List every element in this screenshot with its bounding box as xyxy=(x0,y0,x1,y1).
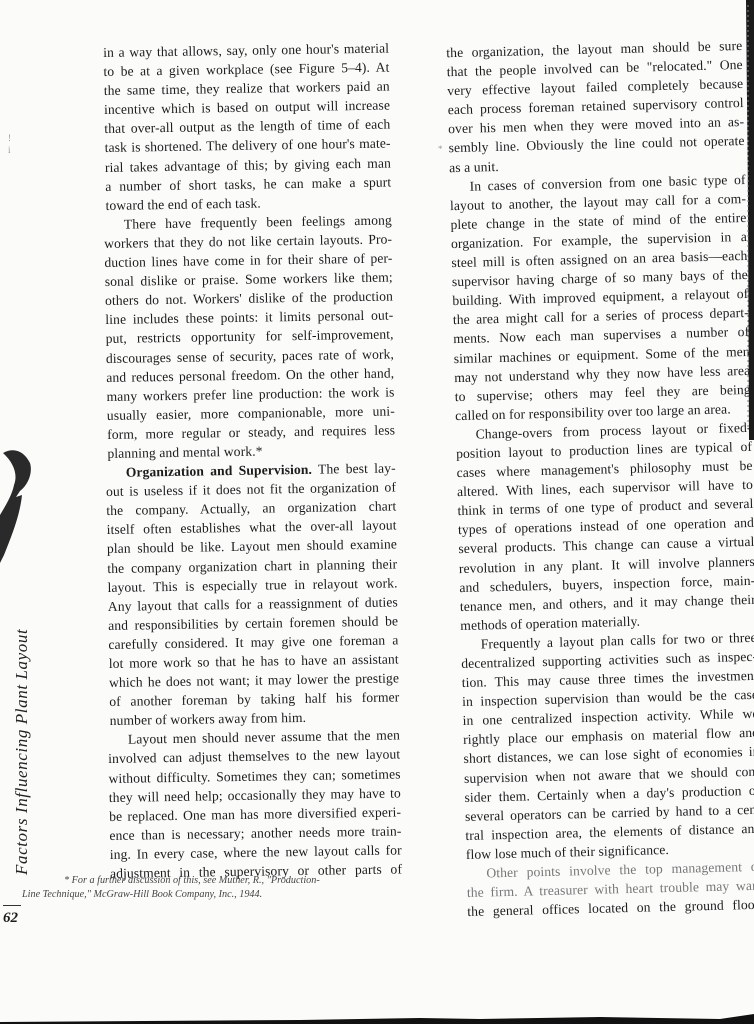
paragraph-material-delivery: in a way that allows, say, only one hour… xyxy=(103,39,392,215)
scan-bottom-edge xyxy=(0,1014,754,1024)
right-text-column: the organization, the layout man should … xyxy=(446,36,754,921)
running-head: Factors Influencing Plant Layout xyxy=(12,629,32,875)
paragraph-conversion: In cases of conversion from one basic ty… xyxy=(449,170,751,425)
scan-ink-blot xyxy=(0,445,34,565)
page-number-rule xyxy=(3,905,21,906)
footnote: * For a further discussion of this, see … xyxy=(22,874,352,902)
paragraph-organization-supervision: Organization and Supervision. The best l… xyxy=(106,459,400,731)
footnote-line: Line Technique," McGraw-Hill Book Compan… xyxy=(22,889,262,900)
footnote-line: * For a further discussion of this, see … xyxy=(22,874,352,888)
page-number: 62 xyxy=(3,910,18,927)
scan-speck: * xyxy=(438,144,443,154)
scan-right-edge xyxy=(746,0,754,440)
scan-speck: ! xyxy=(8,133,11,143)
scanned-book-page: in a way that allows, say, only one hour… xyxy=(0,0,754,1024)
paragraph-decentralized: Frequently a layout plan calls for two o… xyxy=(461,628,754,864)
paragraph-relocation: the organization, the layout man should … xyxy=(446,36,745,177)
paragraph-layout-men: Layout men should never assume that the … xyxy=(108,726,402,883)
text-fragment: The best lay- xyxy=(318,461,396,477)
paragraph-change-overs: Change-overs from process layout or fixe… xyxy=(455,418,754,635)
left-text-column: in a way that allows, say, only one hour… xyxy=(103,39,402,884)
section-heading: Organization and Supervision. xyxy=(126,462,312,480)
paragraph-worker-feelings: There have frequently been feelings amon… xyxy=(104,210,396,463)
paragraph-top-management: Other points involve the top management … xyxy=(466,857,754,921)
scan-speck: i xyxy=(8,145,11,155)
